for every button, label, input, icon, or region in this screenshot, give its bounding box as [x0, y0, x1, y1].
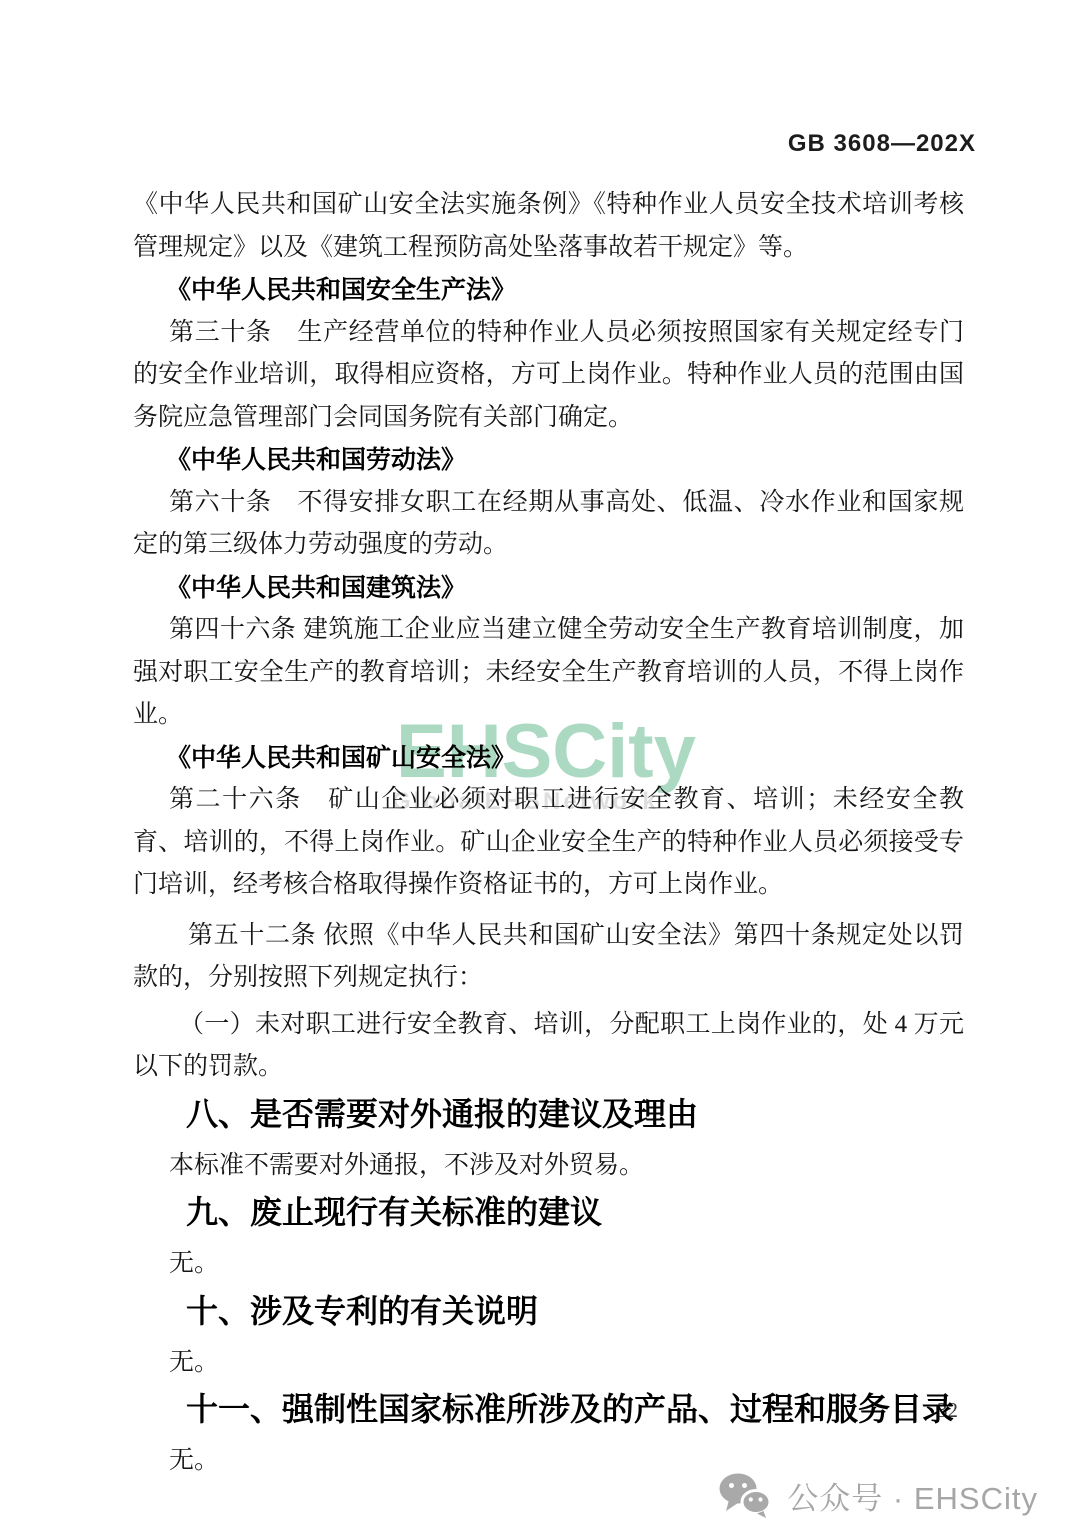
section-heading: 八、是否需要对外通报的建议及理由 — [133, 1095, 964, 1133]
law-heading: 《中华人民共和国建筑法》 — [133, 567, 964, 610]
document-body: 《中华人民共和国矿山安全法实施条例》《特种作业人员安全技术培训考核管理规定》以及… — [133, 184, 964, 1483]
paragraph: 本标准不需要对外通报，不涉及对外贸易。 — [133, 1145, 964, 1188]
law-heading: 《中华人民共和国劳动法》 — [133, 439, 964, 482]
paragraph: 第六十条 不得安排女职工在经期从事高处、低温、冷水作业和国家规定的第三级体力劳动… — [133, 482, 964, 567]
paragraph: 第四十六条 建筑施工企业应当建立健全劳动安全生产教育培训制度，加强对职工安全生产… — [133, 609, 964, 737]
document-page: GB 3608—202X EHSCity GlobalEHSNetwork 《中… — [0, 0, 1080, 1527]
standard-number: GB 3608—202X — [0, 130, 976, 158]
paragraph: 《中华人民共和国矿山安全法实施条例》《特种作业人员安全技术培训考核管理规定》以及… — [133, 184, 964, 269]
paragraph: 无。 — [133, 1440, 964, 1483]
section-heading: 十一、强制性国家标准所涉及的产品、过程和服务目录 — [133, 1390, 964, 1428]
paragraph: 第五十二条 依照《中华人民共和国矿山安全法》第四十条规定处以罚款的，分别按照下列… — [133, 915, 964, 1000]
paragraph: 第二十六条 矿山企业必须对职工进行安全教育、培训；未经安全教育、培训的，不得上岗… — [133, 779, 964, 907]
law-heading: 《中华人民共和国矿山安全法》 — [133, 737, 964, 780]
section-heading: 十、涉及专利的有关说明 — [133, 1292, 964, 1330]
list-item: （一）未对职工进行安全教育、培训，分配职工上岗作业的，处 4 万元以下的罚款。 — [133, 1004, 964, 1089]
law-heading: 《中华人民共和国安全生产法》 — [133, 269, 964, 312]
paragraph: 第三十条 生产经营单位的特种作业人员必须按照国家有关规定经专门的安全作业培训，取… — [133, 312, 964, 440]
section-heading: 九、废止现行有关标准的建议 — [133, 1193, 964, 1231]
paragraph: 无。 — [133, 1342, 964, 1385]
paragraph: 无。 — [133, 1243, 964, 1286]
